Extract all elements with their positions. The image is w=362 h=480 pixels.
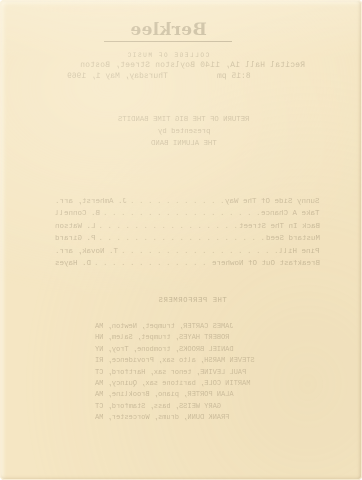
dot-leader: . . . . . . . . . . . . . . . . . . . . … bbox=[118, 248, 279, 256]
program-row: T. Novak, arr. . . . . . . . . . . . . .… bbox=[55, 248, 320, 260]
dot-leader: . . . . . . . . . . . . . . . . . . . . … bbox=[100, 210, 261, 218]
program-performer: P. Girard bbox=[55, 235, 96, 243]
dot-leader: . . . . . . . . . . . . . . . . . . . . … bbox=[91, 260, 212, 268]
masthead: Berklee COLLEGE OF MUSIC bbox=[0, 20, 349, 62]
program-title: Take A Chance bbox=[261, 210, 320, 218]
program-row: L. Watson . . . . . . . . . . . . . . . … bbox=[55, 223, 320, 235]
masthead-rule bbox=[104, 41, 232, 42]
performer-name: GARY WEISS, bass, Stamford, CT bbox=[95, 402, 221, 413]
dot-leader: . . . . . . . . . . . . . . . . . . . . … bbox=[96, 223, 239, 231]
performer-name: JAMES CARTER, trumpet, Newton, MA bbox=[95, 322, 234, 333]
program-title: Mustard Seed bbox=[266, 235, 320, 243]
masthead-subtitle: COLLEGE OF MUSIC bbox=[126, 52, 209, 59]
program-row: D. Hayes . . . . . . . . . . . . . . . .… bbox=[55, 260, 320, 272]
performer-name: PAUL LEVINE, tenor sax, Hartford, CT bbox=[95, 368, 246, 379]
concert-title: RETURN OF THE BIG TIME BANDITS bbox=[118, 114, 249, 126]
concert-ensemble: THE ALUMNI BAND bbox=[151, 138, 217, 150]
concert-subtitle: presented by bbox=[158, 126, 211, 138]
dot-leader: . . . . . . . . . . . . . . . . . . . . … bbox=[96, 235, 266, 243]
performer-name: ALAN PORTER, piano, Brookline, MA bbox=[95, 390, 234, 401]
program-title: Sunny Side Of The Way bbox=[225, 198, 320, 206]
dot-leader: . . . . . . . . . . . . . . . . . . . . … bbox=[127, 198, 225, 206]
venue-line: Recital Hall 1A, 1140 Boylston Street, B… bbox=[12, 61, 362, 70]
performer-name: FRANK DUNN, drums, Worcester, MA bbox=[95, 413, 229, 424]
venue-address: Recital Hall 1A, 1140 Boylston Street, B… bbox=[80, 61, 305, 70]
program-performer: D. Hayes bbox=[55, 260, 91, 268]
date-line: Thursday, May 1, 1969 8:15 pm bbox=[0, 72, 362, 82]
program-row: B. Connell . . . . . . . . . . . . . . .… bbox=[55, 210, 320, 222]
performer-name: DANIEL BROOKS, trombone, Troy, NY bbox=[95, 345, 234, 356]
program-title: Pine Hill bbox=[279, 248, 320, 256]
performer-name: STEVEN MARSH, alto sax, Providence, RI bbox=[95, 356, 255, 367]
program-performer: T. Novak, arr. bbox=[55, 248, 118, 256]
program-list: J. Amherst, arr. . . . . . . . . . . . .… bbox=[55, 198, 320, 272]
program-title: Back In The Street bbox=[239, 223, 320, 231]
title-block: RETURN OF THE BIG TIME BANDITS presented… bbox=[3, 114, 362, 150]
program-performer: L. Watson bbox=[55, 223, 96, 231]
program-performer: B. Connell bbox=[55, 210, 100, 218]
program-row: P. Girard . . . . . . . . . . . . . . . … bbox=[55, 235, 320, 247]
program-row: J. Amherst, arr. . . . . . . . . . . . .… bbox=[55, 198, 320, 210]
scanned-page: Berklee COLLEGE OF MUSIC Recital Hall 1A… bbox=[0, 0, 362, 480]
program-title: Breakfast Out Of Nowhere bbox=[212, 260, 320, 268]
berklee-wordmark: Berklee bbox=[130, 20, 207, 40]
program-performer: J. Amherst, arr. bbox=[55, 198, 127, 206]
bleedthrough-layer: Berklee COLLEGE OF MUSIC Recital Hall 1A… bbox=[0, 0, 362, 480]
performer-name: ROBERT HAYES, trumpet, Salem, NH bbox=[95, 333, 229, 344]
performer-name: MARTIN COLE, baritone sax, Quincy, MA bbox=[95, 379, 250, 390]
performers-heading: THE PERFORMERS bbox=[158, 297, 227, 305]
event-time: 8:15 pm bbox=[217, 72, 251, 81]
event-date: Thursday, May 1, 1969 bbox=[67, 72, 168, 81]
performers-list: JAMES CARTER, trumpet, Newton, MA ROBERT… bbox=[95, 322, 322, 425]
performers-heading-line: THE PERFORMERS bbox=[11, 297, 362, 305]
